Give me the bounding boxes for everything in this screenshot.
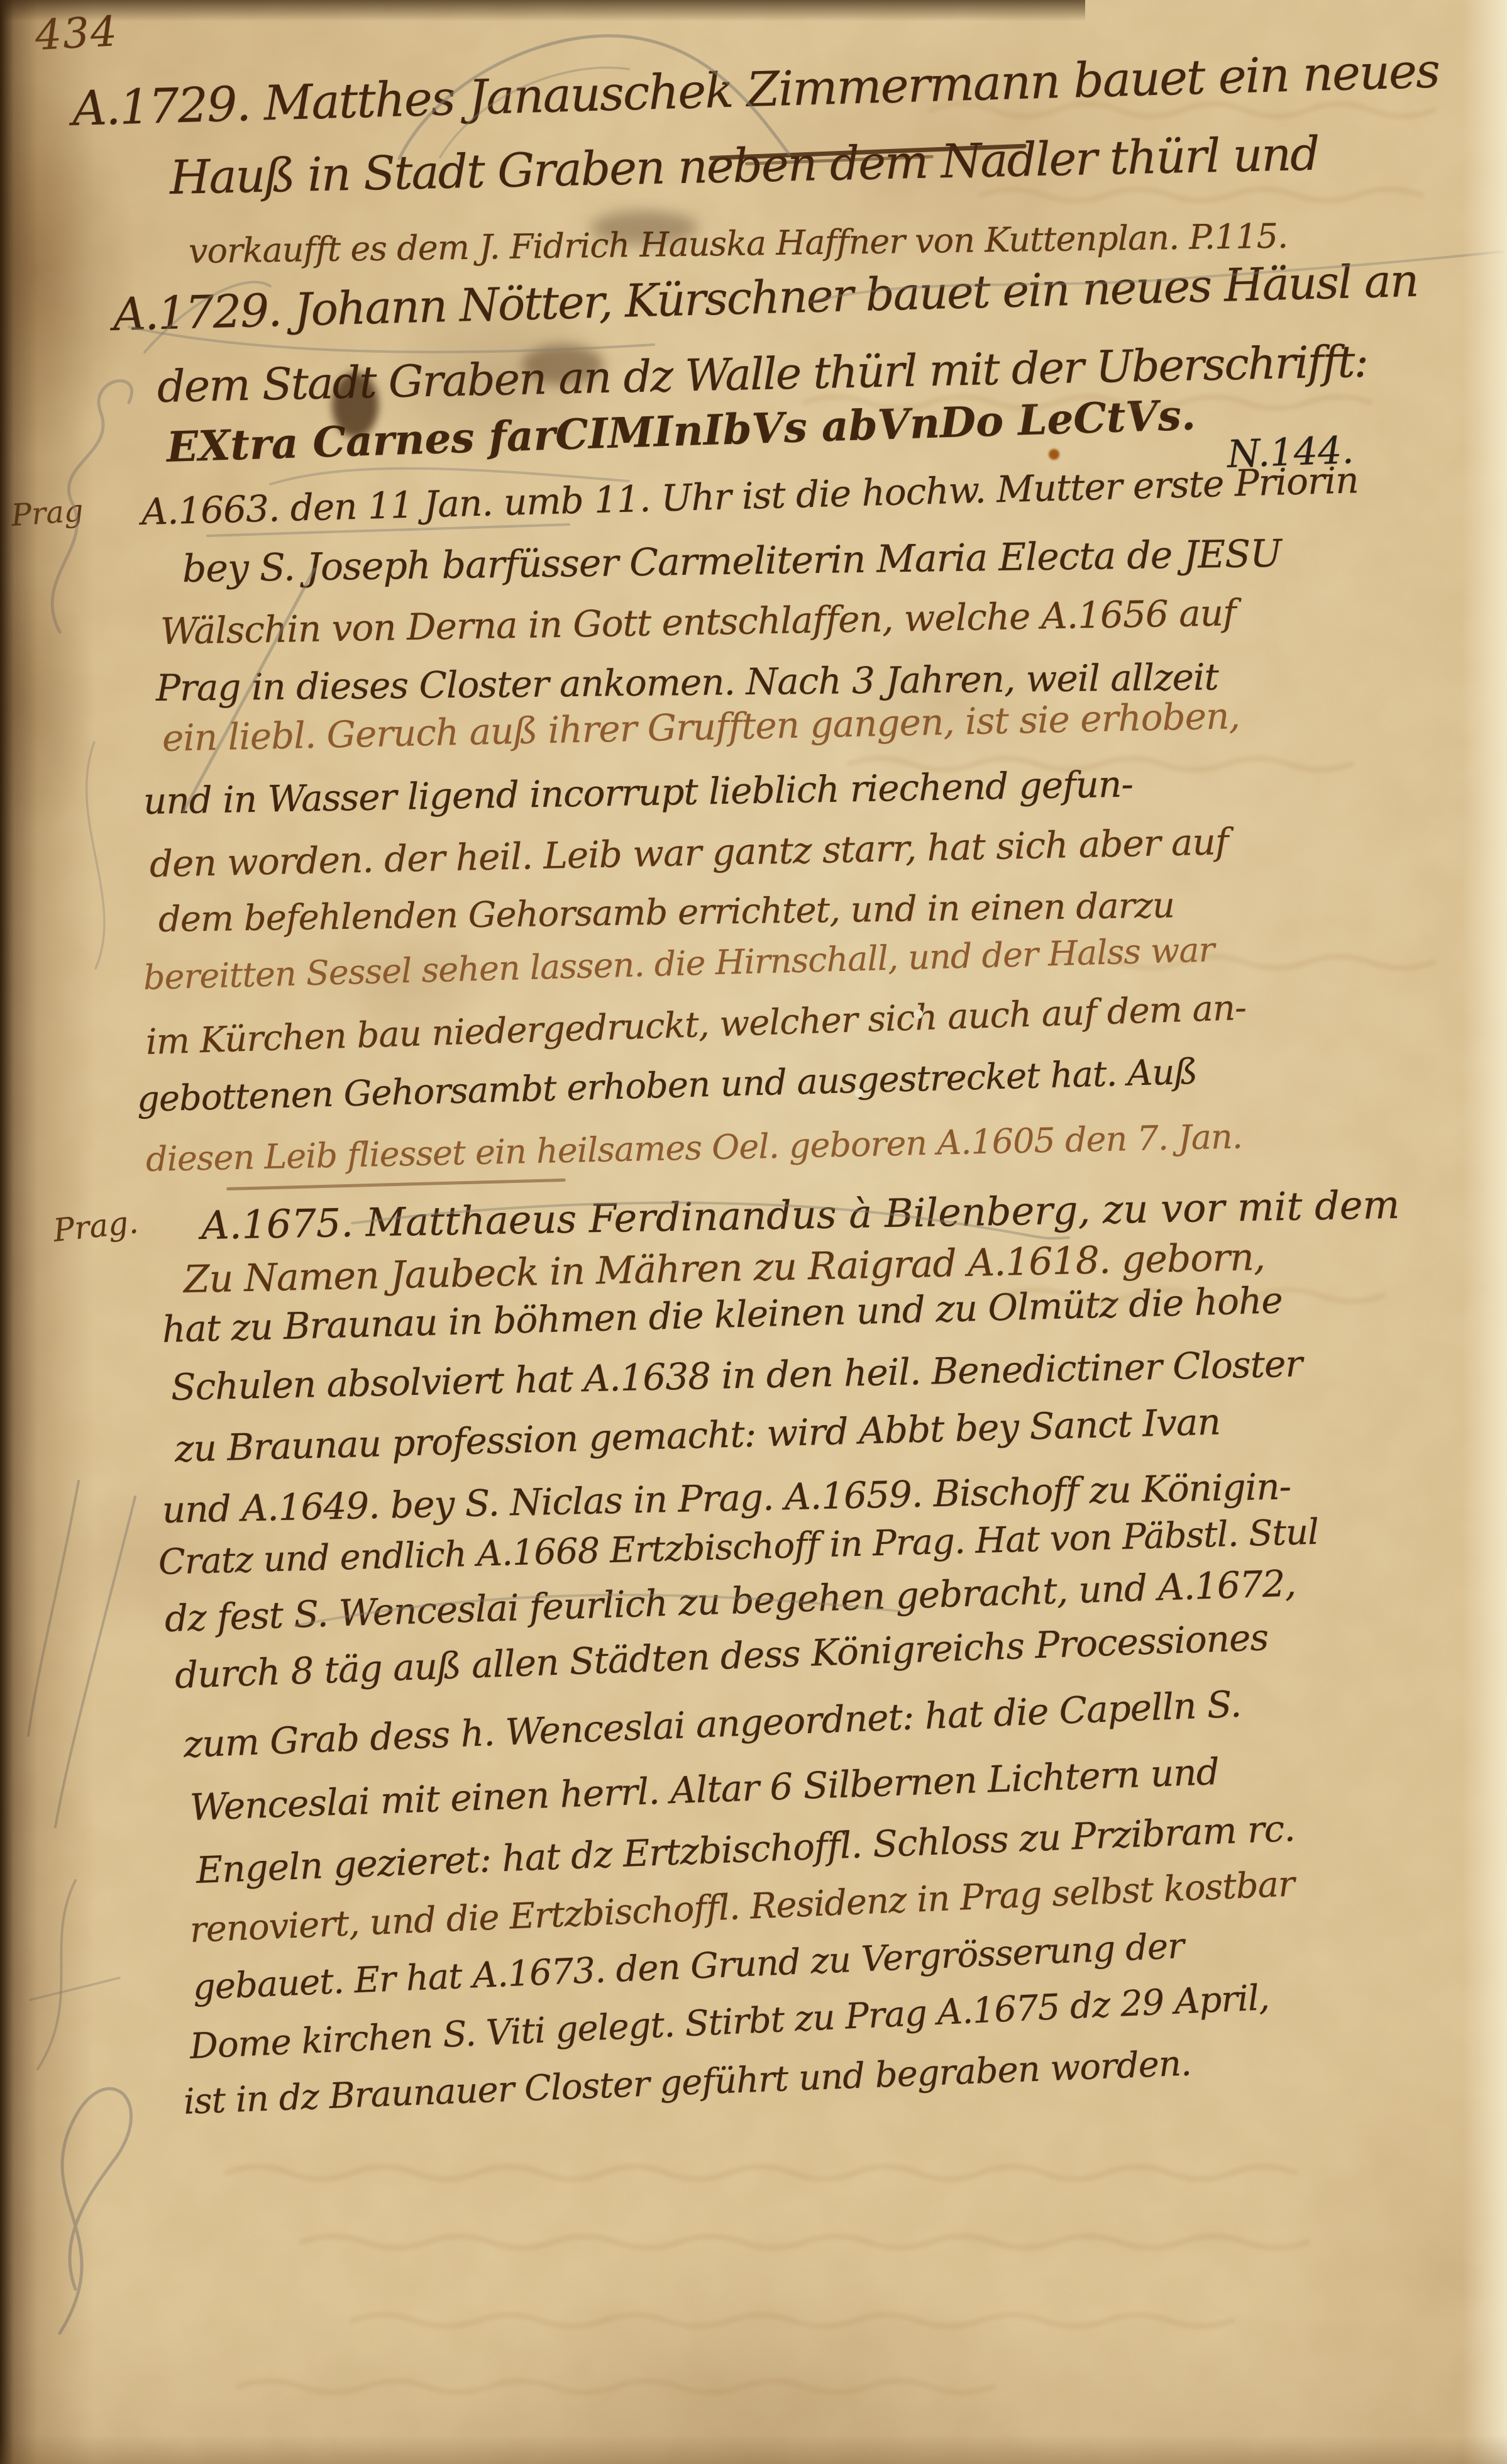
scan-edge-right — [1463, 0, 1507, 2464]
manuscript-page: 434 A.1729. Matthes Janauschek Zimmerman… — [0, 0, 1507, 2464]
scan-edge-top — [0, 0, 1085, 21]
scan-edge-bottom — [0, 2435, 1507, 2464]
gutter-shadow-left — [0, 0, 94, 2464]
